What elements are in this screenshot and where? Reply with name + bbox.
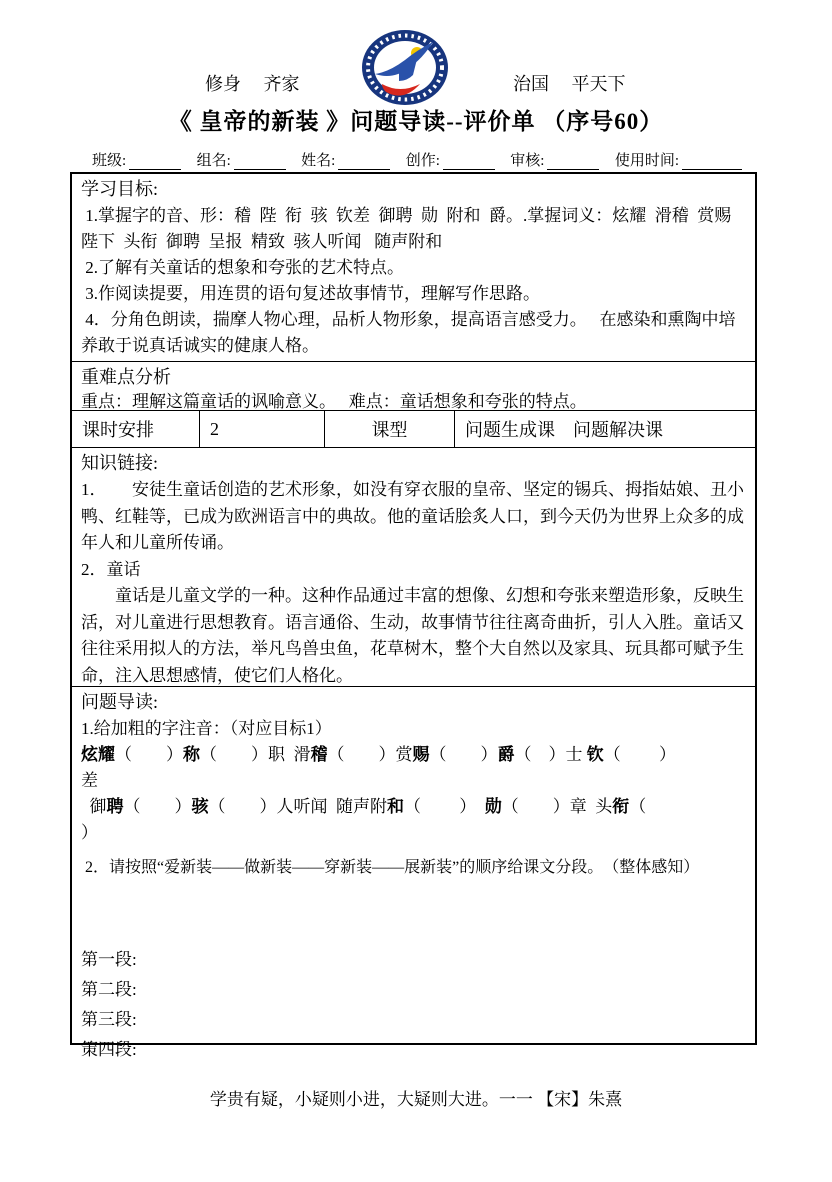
field-group-blank: [234, 153, 286, 170]
motto-left: 修身 齐家: [205, 70, 300, 96]
key-points-body: 重点：理解这篇童话的讽喻意义。 难点：童话想象和夸张的特点。: [81, 391, 746, 411]
objective-item-1: 1.掌握字的音、形：稽 陛 衔 骇 钦差 御聘 勋 附和 爵。.掌握词义：炫耀 …: [81, 203, 746, 255]
field-group-label: 组名:: [197, 149, 231, 170]
objective-item-2: 2.了解有关童话的想象和夸张的艺术特点。: [81, 255, 746, 281]
knowledge-heading: 知识链接:: [81, 450, 746, 477]
field-name: 姓名:: [301, 149, 390, 170]
section-problem-guide: 问题导读: 1.给加粗的字注音：（对应目标1） 炫耀（ ）称（ ）职 滑稽（ ）…: [72, 687, 755, 1065]
guide-question-1: 1.给加粗的字注音：（对应目标1）: [81, 716, 746, 742]
section-knowledge-links: 知识链接: 1． 安徒生童话创造的艺术形象，如没有穿衣服的皇帝、坚定的锡兵、拇指…: [72, 448, 755, 687]
key-points-heading: 重难点分析: [81, 364, 746, 391]
segment-4-label: 策四段:: [81, 1035, 746, 1065]
guide-heading: 问题导读:: [81, 689, 746, 716]
info-line: 班级: 组名: 姓名: 创作: 审核: 使用时间:: [92, 149, 742, 170]
field-class-label: 班级:: [92, 149, 126, 170]
school-badge-icon: [361, 29, 449, 106]
segment-1-label: 第一段:: [81, 945, 746, 975]
objectives-heading: 学习目标:: [81, 176, 746, 203]
schedule-row: 课时安排 2 课型 问题生成课 问题解决课: [72, 411, 755, 448]
segment-2-label: 第二段:: [81, 975, 746, 1005]
footer-quote: 学贵有疑，小疑则小进，大疑则大进。一一 【宋】朱熹: [0, 1085, 832, 1110]
field-use-time: 使用时间:: [615, 149, 742, 170]
field-reviewer-label: 审核:: [510, 149, 544, 170]
field-creator-label: 创作:: [406, 149, 440, 170]
section-learning-objectives: 学习目标: 1.掌握字的音、形：稽 陛 衔 骇 钦差 御聘 勋 附和 爵。.掌握…: [72, 174, 755, 362]
field-use-time-blank: [682, 153, 742, 170]
schedule-course-type-value: 问题生成课 问题解决课: [455, 411, 755, 447]
pinyin-exercise-line-2: 差: [81, 768, 746, 794]
field-group: 组名:: [197, 149, 286, 170]
field-use-time-label: 使用时间:: [615, 149, 679, 170]
page-title: 《 皇帝的新装 》问题导读--评价单 （序号60）: [0, 103, 832, 136]
objective-item-3: 3.作阅读提要，用连贯的语句复述故事情节，理解写作思路。: [81, 281, 746, 307]
schedule-periods-value: 2: [200, 411, 325, 447]
motto-right: 治国 平天下: [513, 70, 626, 96]
field-reviewer-blank: [547, 153, 599, 170]
section-key-points: 重难点分析 重点：理解这篇童话的讽喻意义。 难点：童话想象和夸张的特点。: [72, 362, 755, 411]
field-class-blank: [129, 153, 181, 170]
field-creator: 创作:: [406, 149, 495, 170]
worksheet-page: 修身 齐家 治国 平天下 《 皇帝的新装 》问题导读--评价单 （序号60） 班…: [0, 0, 832, 1182]
schedule-label-course-type: 课型: [325, 411, 455, 447]
segment-answer-block: 第一段: 第二段: 第三段: 策四段:: [81, 945, 746, 1065]
knowledge-item-1: 1． 安徒生童话创造的艺术形象，如没有穿衣服的皇帝、坚定的锡兵、拇指姑娘、丑小鸭…: [81, 477, 746, 557]
field-name-blank: [338, 153, 390, 170]
guide-question-2: 2．请按照“爱新装——做新装——穿新装——展新装”的顺序给课文分段。 （整体感知…: [81, 855, 746, 881]
field-reviewer: 审核:: [510, 149, 599, 170]
segment-3-label: 第三段:: [81, 1005, 746, 1035]
field-class: 班级:: [92, 149, 181, 170]
knowledge-item-2-title: 2．童话: [81, 557, 746, 584]
pinyin-exercise-line-3: 御聘（ ）骇（ ）人听闻 随声附和（ ） 勋（ ）章 头衔（: [81, 794, 746, 820]
field-name-label: 姓名:: [301, 149, 335, 170]
worksheet-table: 学习目标: 1.掌握字的音、形：稽 陛 衔 骇 钦差 御聘 勋 附和 爵。.掌握…: [70, 172, 757, 1045]
schedule-label-periods: 课时安排: [72, 411, 200, 447]
pinyin-exercise-line-4: ）: [81, 820, 746, 846]
objective-item-4: 4．分角色朗读，揣摩人物心理，品析人物形象，提高语言感受力。 在感染和熏陶中培养…: [81, 307, 746, 359]
pinyin-exercise-line-1: 炫耀（ ）称（ ）职 滑稽（ ）赏赐（ ）爵（ ）士 钦（ ）: [81, 742, 746, 768]
field-creator-blank: [443, 153, 495, 170]
knowledge-item-2-body: 童话是儿童文学的一种。这种作品通过丰富的想像、幻想和夸张来塑造形象，反映生活，对…: [81, 583, 746, 687]
